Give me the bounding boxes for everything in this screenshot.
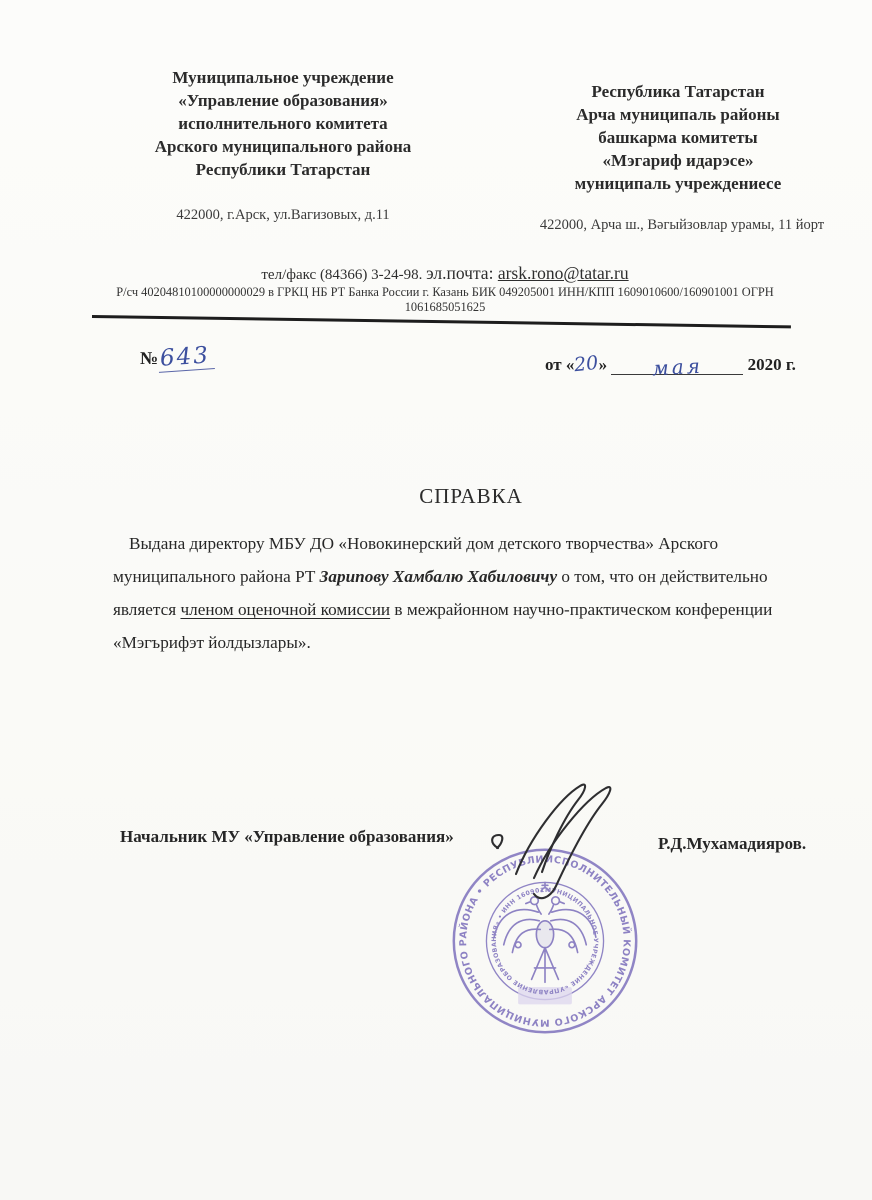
- org-line: Муниципальное учреждение: [108, 66, 458, 89]
- org-block-russian: Муниципальное учреждение «Управление обр…: [108, 66, 458, 181]
- signature-stroke: [516, 785, 585, 874]
- org-line: «Мэгариф идарэсе»: [503, 149, 853, 172]
- email-label: эл.почта:: [426, 263, 493, 283]
- org-line: муниципаль учреждениесе: [503, 172, 853, 195]
- date-month-blank-line: мая: [611, 352, 743, 375]
- body-paragraph: Выдана директору МБУ ДО «Новокинерский д…: [113, 527, 810, 659]
- scanned-certificate-page: Муниципальное учреждение «Управление обр…: [0, 0, 872, 1200]
- signer-position-title: Начальник МУ «Управление образования»: [120, 827, 454, 847]
- number-sign: №: [140, 348, 158, 368]
- org-line: Арского муниципального района: [108, 135, 458, 158]
- org-line: «Управление образования»: [108, 89, 458, 112]
- org-address-russian: 422000, г.Арск, ул.Вагизовых, д.11: [108, 206, 458, 225]
- header-separator-rule: [92, 315, 791, 328]
- org-line: башкарма комитеты: [503, 126, 853, 149]
- email-part: эл.почта: arsk.rono@tatar.ru: [426, 263, 628, 283]
- bank-details-line1: Р/сч 40204810100000000029 в ГРКЦ НБ РТ Б…: [80, 285, 810, 300]
- signature-stroke: [534, 787, 610, 898]
- org-line: исполнительного комитета: [108, 112, 458, 135]
- handwritten-signature: [468, 768, 648, 908]
- signer-name: Р.Д.Мухамадияров.: [658, 834, 806, 854]
- date-month-handwritten: мая: [652, 354, 704, 381]
- org-block-tatar: Республика Татарстан Арча муниципаль рай…: [503, 80, 853, 195]
- org-address-tatar: 422000, Арча ш., Вәгыйзовлар урамы, 11 й…: [523, 216, 841, 235]
- date-year: 2020 г.: [748, 355, 796, 374]
- date-quote-close: »: [599, 355, 608, 374]
- doc-number-handwritten: 643: [157, 342, 215, 373]
- phone-fax: тел/факс (84366) 3-24-98.: [261, 267, 422, 283]
- doc-number-row: №643: [140, 344, 214, 371]
- recipient-name: Зарипову Хамбалю Хабиловичу: [320, 567, 557, 586]
- date-day-handwritten: 20: [573, 352, 599, 376]
- doc-date-row: от «20» мая 2020 г.: [545, 352, 825, 375]
- org-line: Арча муниципаль районы: [503, 103, 853, 126]
- org-line: Республика Татарстан: [503, 80, 853, 103]
- email-address: arsk.rono@tatar.ru: [498, 263, 629, 283]
- contact-line: тел/факс (84366) 3-24-98. эл.почта: arsk…: [80, 263, 810, 284]
- org-line: Республики Татарстан: [108, 158, 458, 181]
- bank-details-line2: 1061685051625: [80, 300, 810, 315]
- document-title: СПРАВКА: [419, 484, 523, 509]
- date-prefix: от «: [545, 355, 574, 374]
- underlined-phrase: членом оценочной комиссии: [180, 600, 390, 619]
- signature-stroke: [492, 835, 502, 848]
